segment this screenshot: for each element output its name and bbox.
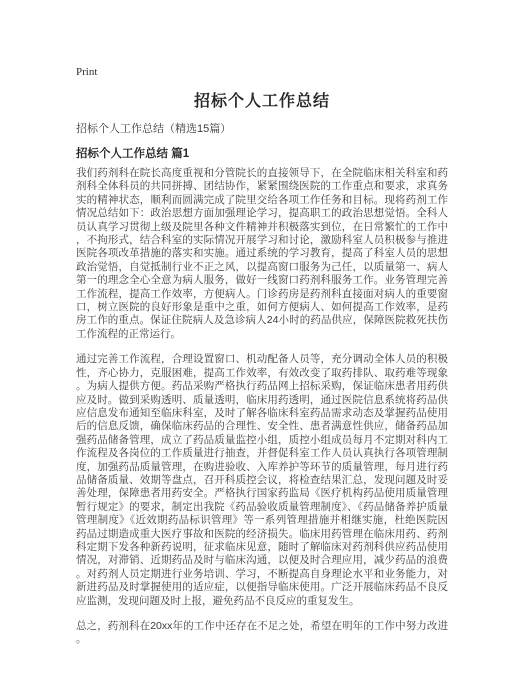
paragraph: 总之，药剂科在20xx年的工作中还存在不足之处，希望在明年的工作中努力改进。	[76, 620, 448, 647]
print-link[interactable]: Print	[76, 66, 97, 78]
page-title: 招标个人工作总结	[76, 93, 448, 111]
doc-subtitle: 招标个人工作总结（精选15篇）	[76, 123, 448, 136]
paragraph: 通过完善工作流程，合理设置窗口、机动配备人员等，充分调动全体人员的积极性，齐心协…	[76, 353, 448, 608]
document-page: Print 招标个人工作总结 招标个人工作总结（精选15篇） 招标个人工作总结 …	[0, 0, 520, 673]
article-body: 我们药剂科在院长高度重视和分管院长的直接领导下，在全院临床相关科室和药剂科全体科…	[76, 167, 448, 647]
paragraph: 我们药剂科在院长高度重视和分管院长的直接领导下，在全院临床相关科室和药剂科全体科…	[76, 167, 448, 341]
section-heading: 招标个人工作总结 篇1	[76, 148, 448, 161]
